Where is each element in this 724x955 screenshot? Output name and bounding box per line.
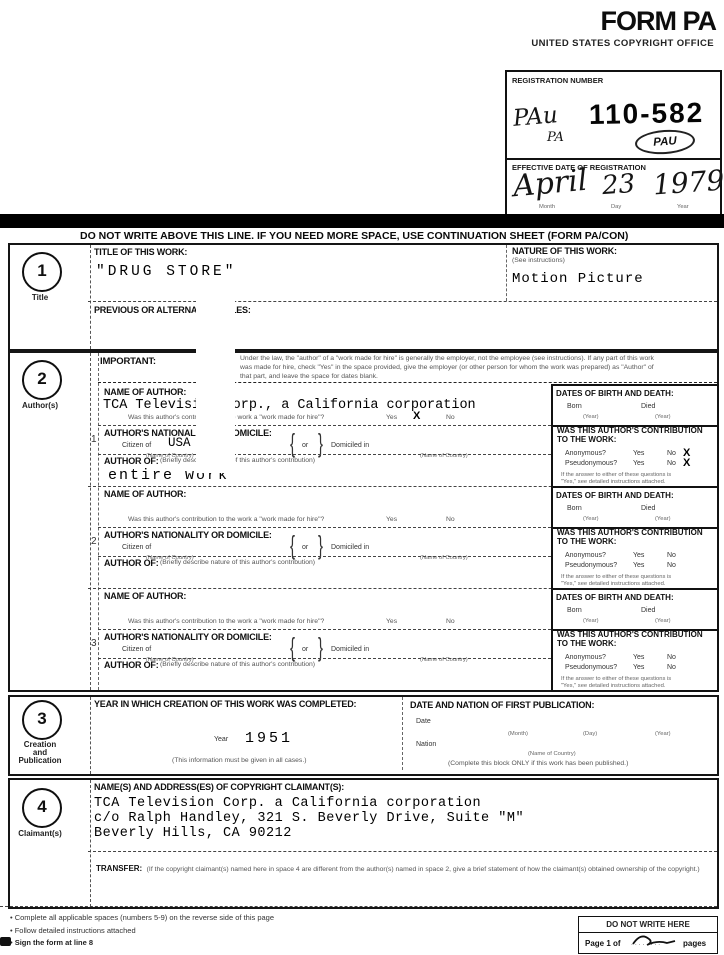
claimant-address-line-3: Beverly Hills, CA 90212 <box>94 826 292 841</box>
transfer-divider <box>88 851 717 852</box>
footer-bullet-1: • Complete all applicable spaces (number… <box>10 913 274 922</box>
author1-citizen-value: USA <box>168 436 191 450</box>
author3-pseudonymous-label: Pseudonymous? <box>565 664 617 671</box>
nature-hint: (See instructions) <box>512 257 565 264</box>
claimant-address-line-2: c/o Ralph Handley, 321 S. Beverly Drive,… <box>94 811 524 826</box>
author2-contribution-label: WAS THIS AUTHOR'S CONTRIBUTION TO THE WO… <box>557 528 709 546</box>
scan-artifact-strip <box>196 293 235 473</box>
author3-hire-question: Was this author's contribution to the wo… <box>128 618 324 625</box>
effective-date-box: EFFECTIVE DATE OF REGISTRATION April 23 … <box>505 158 722 217</box>
author2-born-label: Born <box>567 505 582 512</box>
author1-name-label: NAME OF AUTHOR: <box>104 387 186 397</box>
registration-number-box: REGISTRATION NUMBER PAu PA 110-582 PAU <box>505 70 722 160</box>
author3-anon-yes: Yes <box>633 654 644 661</box>
transfer-text: (If the copyright claimant(s) named here… <box>147 866 700 873</box>
author2-anon-yes: Yes <box>633 552 644 559</box>
nature-of-work-value: Motion Picture <box>512 271 644 287</box>
author1-born-label: Born <box>567 403 582 410</box>
section4-side-label: Claimant(s) <box>10 829 70 838</box>
author1-contribution-box: WAS THIS AUTHOR'S CONTRIBUTION TO THE WO… <box>551 423 719 488</box>
year-label: Year <box>677 204 689 210</box>
author2-hire-no: No <box>446 516 455 523</box>
author3-died-label: Died <box>641 607 655 614</box>
author-block-3: 3 NAME OF AUTHOR: Was this author's cont… <box>88 588 717 690</box>
handwritten-class-pa: PA <box>547 130 564 145</box>
author3-index: 3 <box>91 638 97 649</box>
author3-divider-2 <box>98 658 551 659</box>
author2-contribution-box: WAS THIS AUTHOR'S CONTRIBUTION TO THE WO… <box>551 525 719 590</box>
author1-citizen-label: Citizen of <box>122 442 151 449</box>
author2-domiciled-label: Domiciled in <box>331 544 369 551</box>
section2-side-label: Author(s) <box>14 401 66 410</box>
registration-number-label: REGISTRATION NUMBER <box>512 76 603 85</box>
important-divider <box>98 382 717 383</box>
author1-or-label: or <box>302 442 308 449</box>
author1-hire-yes-mark: X <box>413 410 420 422</box>
section3-side-label-3: Publication <box>12 756 68 765</box>
section1-number-badge: 1 <box>22 252 62 292</box>
author1-note-2: "Yes," see detailed instructions attache… <box>561 479 665 485</box>
author-block-2: 2 NAME OF AUTHOR: Was this author's cont… <box>88 486 717 589</box>
year-completed-label: YEAR IN WHICH CREATION OF THIS WORK WAS … <box>94 699 356 709</box>
author1-anonymous-label: Anonymous? <box>565 450 606 457</box>
author1-anon-yes: Yes <box>633 450 644 457</box>
author2-anon-no: No <box>667 552 676 559</box>
author2-divider-2 <box>98 556 551 557</box>
publication-note: (Complete this block ONLY if this work h… <box>448 760 628 767</box>
footer-bullet-3: • Sign the form at line 8 <box>10 938 93 947</box>
title-of-work-label: TITLE OF THIS WORK: <box>94 247 187 257</box>
author3-anon-no: No <box>667 654 676 661</box>
registration-number-value: 110-582 <box>589 97 705 131</box>
author1-pseudonymous-label: Pseudonymous? <box>565 460 617 467</box>
author2-nationality-label: AUTHOR'S NATIONALITY OR DOMICILE: <box>104 530 272 540</box>
section4-number-badge: 4 <box>22 788 62 828</box>
author2-hire-yes: Yes <box>386 516 397 523</box>
year-note: (This information must be given in all c… <box>172 757 306 764</box>
year-field-label: Year <box>214 736 228 743</box>
section1-box <box>8 243 719 351</box>
author1-author-of-hint: (Briefly describe nature of this author'… <box>160 457 315 464</box>
author3-author-of-hint: (Briefly describe nature of this author'… <box>160 661 315 668</box>
month-hint: (Month) <box>508 731 528 737</box>
author3-contribution-label: WAS THIS AUTHOR'S CONTRIBUTION TO THE WO… <box>557 630 709 648</box>
form-title: FORM PA <box>601 6 717 37</box>
author2-anonymous-label: Anonymous? <box>565 552 606 559</box>
title-of-work-value: "DRUG STORE" <box>96 264 236 280</box>
author2-died-label: Died <box>641 505 655 512</box>
author2-divider-1 <box>98 527 551 528</box>
author3-dates-box: DATES OF BIRTH AND DEATH: Born (Year) Di… <box>551 588 719 631</box>
author1-born-year-hint: (Year) <box>583 414 599 420</box>
author1-hire-yes: Yes <box>386 414 397 421</box>
author2-dates-label: DATES OF BIRTH AND DEATH: <box>556 491 674 500</box>
author2-author-of-label: AUTHOR OF: <box>104 558 159 568</box>
scan-blob <box>0 937 11 946</box>
author2-note-1: If the answer to either of these questio… <box>561 574 671 580</box>
author3-nationality-label: AUTHOR'S NATIONALITY OR DOMICILE: <box>104 632 272 642</box>
claimants-label: NAME(S) AND ADDRESS(ES) OF COPYRIGHT CLA… <box>94 782 344 792</box>
author1-anon-no: No <box>667 450 676 457</box>
author1-dates-box: DATES OF BIRTH AND DEATH: Born (Year) Di… <box>551 384 719 427</box>
day-hint: (Day) <box>583 731 597 737</box>
handwritten-year: 1979 <box>652 164 724 202</box>
author2-born-year-hint: (Year) <box>583 516 599 522</box>
author3-dates-label: DATES OF BIRTH AND DEATH: <box>556 593 674 602</box>
author1-contribution-label: WAS THIS AUTHOR'S CONTRIBUTION TO THE WO… <box>557 426 709 444</box>
pau-stamp-circle: PAU <box>634 128 696 156</box>
author2-or-label: or <box>302 544 308 551</box>
author3-born-label: Born <box>567 607 582 614</box>
author2-author-of-hint: (Briefly describe nature of this author'… <box>160 559 315 566</box>
author3-or-label: or <box>302 646 308 653</box>
year-hint: (Year) <box>655 731 671 737</box>
nature-of-work-label: NATURE OF THIS WORK: <box>512 246 617 256</box>
day-label: Day <box>611 204 621 210</box>
author1-divider-2 <box>98 454 551 455</box>
author2-pseud-yes: Yes <box>633 562 644 569</box>
author1-index: 1 <box>91 434 97 445</box>
claimant-address-line-1: TCA Television Corp. a California corpor… <box>94 796 481 811</box>
author3-pseud-yes: Yes <box>633 664 644 671</box>
date-label: Date <box>416 718 431 725</box>
do-not-write-banner: DO NOT WRITE ABOVE THIS LINE. IF YOU NEE… <box>80 230 628 242</box>
author1-domiciled-label: Domiciled in <box>331 442 369 449</box>
author3-hire-no: No <box>446 618 455 625</box>
footer-divider <box>0 906 717 907</box>
author3-divider-1 <box>98 629 551 630</box>
author2-name-label: NAME OF AUTHOR: <box>104 489 186 499</box>
transfer-label: TRANSFER: <box>96 864 142 873</box>
nation-country-hint: (Name of Country) <box>528 751 576 757</box>
important-line-1: Under the law, the "author" of a "work m… <box>240 355 654 362</box>
author3-died-year-hint: (Year) <box>655 618 671 624</box>
author1-hire-no: No <box>446 414 455 421</box>
section3-number-badge: 3 <box>22 700 62 740</box>
author2-note-2: "Yes," see detailed instructions attache… <box>561 581 665 587</box>
footer-bullet-2: • Follow detailed instructions attached <box>10 926 136 935</box>
author3-domiciled-label: Domiciled in <box>331 646 369 653</box>
author1-divider-1 <box>98 425 551 426</box>
author3-anonymous-label: Anonymous? <box>565 654 606 661</box>
author3-note-2: "Yes," see detailed instructions attache… <box>561 683 665 689</box>
author2-index: 2 <box>91 536 97 547</box>
author1-pseud-mark: X <box>683 457 690 469</box>
handwritten-day: 23 <box>601 169 636 201</box>
section1-side-label: Title <box>22 293 58 302</box>
author3-hire-yes: Yes <box>386 618 397 625</box>
author2-hire-question: Was this author's contribution to the wo… <box>128 516 324 523</box>
author3-pseud-no: No <box>667 664 676 671</box>
month-label: Month <box>539 204 555 210</box>
author2-died-year-hint: (Year) <box>655 516 671 522</box>
author3-note-1: If the answer to either of these questio… <box>561 676 671 682</box>
author1-author-of-label: AUTHOR OF: <box>104 456 159 466</box>
handwritten-month: April <box>512 163 589 204</box>
author1-died-label: Died <box>641 403 655 410</box>
nature-divider <box>506 245 507 301</box>
nation-label: Nation <box>416 741 436 748</box>
black-divider-bar <box>0 214 724 228</box>
author-block-1: 1 NAME OF AUTHOR: TCA Television Corp., … <box>88 384 717 487</box>
transfer-row: TRANSFER: (If the copyright claimant(s) … <box>96 856 710 878</box>
handwritten-scribble <box>627 930 679 950</box>
author3-contribution-box: WAS THIS AUTHOR'S CONTRIBUTION TO THE WO… <box>551 627 719 692</box>
author3-author-of-label: AUTHOR OF: <box>104 660 159 670</box>
important-line-2: was made for hire, check "Yes" in the sp… <box>240 364 654 371</box>
year-completed-value: 1951 <box>245 730 293 747</box>
previous-titles-divider <box>88 301 717 302</box>
publication-label: DATE AND NATION OF FIRST PUBLICATION: <box>410 700 594 710</box>
author2-citizen-label: Citizen of <box>122 544 151 551</box>
form-pa-document: FORM PA UNITED STATES COPYRIGHT OFFICE R… <box>0 0 724 955</box>
author2-pseud-no: No <box>667 562 676 569</box>
do-not-write-box: DO NOT WRITE HERE Page 1 of ........ pag… <box>578 916 718 954</box>
author3-citizen-label: Citizen of <box>122 646 151 653</box>
important-line-3: that part, and leave the space for dates… <box>240 373 378 380</box>
office-name: UNITED STATES COPYRIGHT OFFICE <box>531 38 714 49</box>
pages-label: pages <box>683 939 706 948</box>
author2-dates-box: DATES OF BIRTH AND DEATH: Born (Year) Di… <box>551 486 719 529</box>
author3-born-year-hint: (Year) <box>583 618 599 624</box>
important-label: IMPORTANT: <box>100 356 156 367</box>
author1-died-year-hint: (Year) <box>655 414 671 420</box>
author1-pseud-yes: Yes <box>633 460 644 467</box>
section2-number-badge: 2 <box>22 360 62 400</box>
author2-pseudonymous-label: Pseudonymous? <box>565 562 617 569</box>
author1-dates-label: DATES OF BIRTH AND DEATH: <box>556 389 674 398</box>
handwritten-class-pau: PAu <box>512 102 559 132</box>
page-count-label: Page 1 of <box>585 939 621 948</box>
author1-pseud-no: No <box>667 460 676 467</box>
author3-name-label: NAME OF AUTHOR: <box>104 591 186 601</box>
author1-note-1: If the answer to either of these questio… <box>561 472 671 478</box>
section3-divider <box>402 697 403 770</box>
